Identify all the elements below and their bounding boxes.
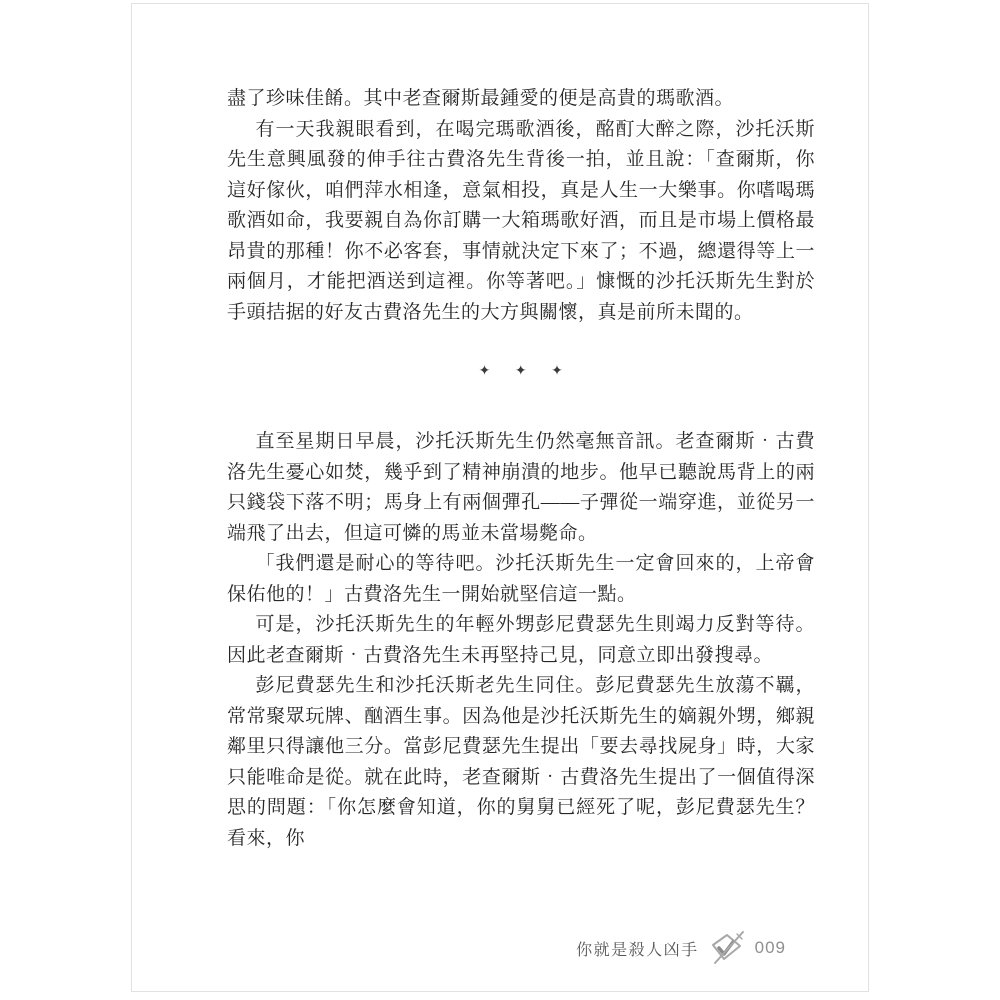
running-title: 你就是殺人凶手 (576, 937, 699, 960)
section-separator: ✦ ✦ ✦ (227, 357, 815, 387)
pen-note-icon (707, 930, 747, 966)
paragraph: 彭尼費瑟先生和沙托沃斯老先生同住。彭尼費瑟先生放蕩不羈，常常聚眾玩牌、酗酒生事。… (227, 671, 815, 854)
screenshot-canvas: 盡了珍味佳餚。其中老查爾斯最鍾愛的便是高貴的瑪歌酒。 有一天我親眼看到，在喝完瑪… (0, 0, 1000, 1000)
paragraph: 盡了珍味佳餚。其中老查爾斯最鍾愛的便是高貴的瑪歌酒。 (227, 84, 815, 115)
page-number: 009 (755, 938, 786, 958)
four-pointed-star-icon: ✦ (551, 357, 563, 387)
four-pointed-star-icon: ✦ (479, 357, 491, 387)
paragraph: 「我們還是耐心的等待吧。沙托沃斯先生一定會回來的，上帝會保佑他的！」古費洛先生一… (227, 549, 815, 610)
paragraph: 有一天我親眼看到，在喝完瑪歌酒後，酩酊大醉之際，沙托沃斯先生意興風發的伸手往古費… (227, 115, 815, 329)
page-footer: 你就是殺人凶手 009 (576, 930, 786, 966)
paragraph: 直至星期日早晨，沙托沃斯先生仍然毫無音訊。老查爾斯‧古費洛先生憂心如焚，幾乎到了… (227, 427, 815, 549)
body-text: 盡了珍味佳餚。其中老查爾斯最鍾愛的便是高貴的瑪歌酒。 有一天我親眼看到，在喝完瑪… (227, 84, 815, 854)
book-page: 盡了珍味佳餚。其中老查爾斯最鍾愛的便是高貴的瑪歌酒。 有一天我親眼看到，在喝完瑪… (131, 3, 869, 992)
paragraph: 可是，沙托沃斯先生的年輕外甥彭尼費瑟先生則竭力反對等待。因此老查爾斯‧古費洛先生… (227, 610, 815, 671)
four-pointed-star-icon: ✦ (515, 357, 527, 387)
